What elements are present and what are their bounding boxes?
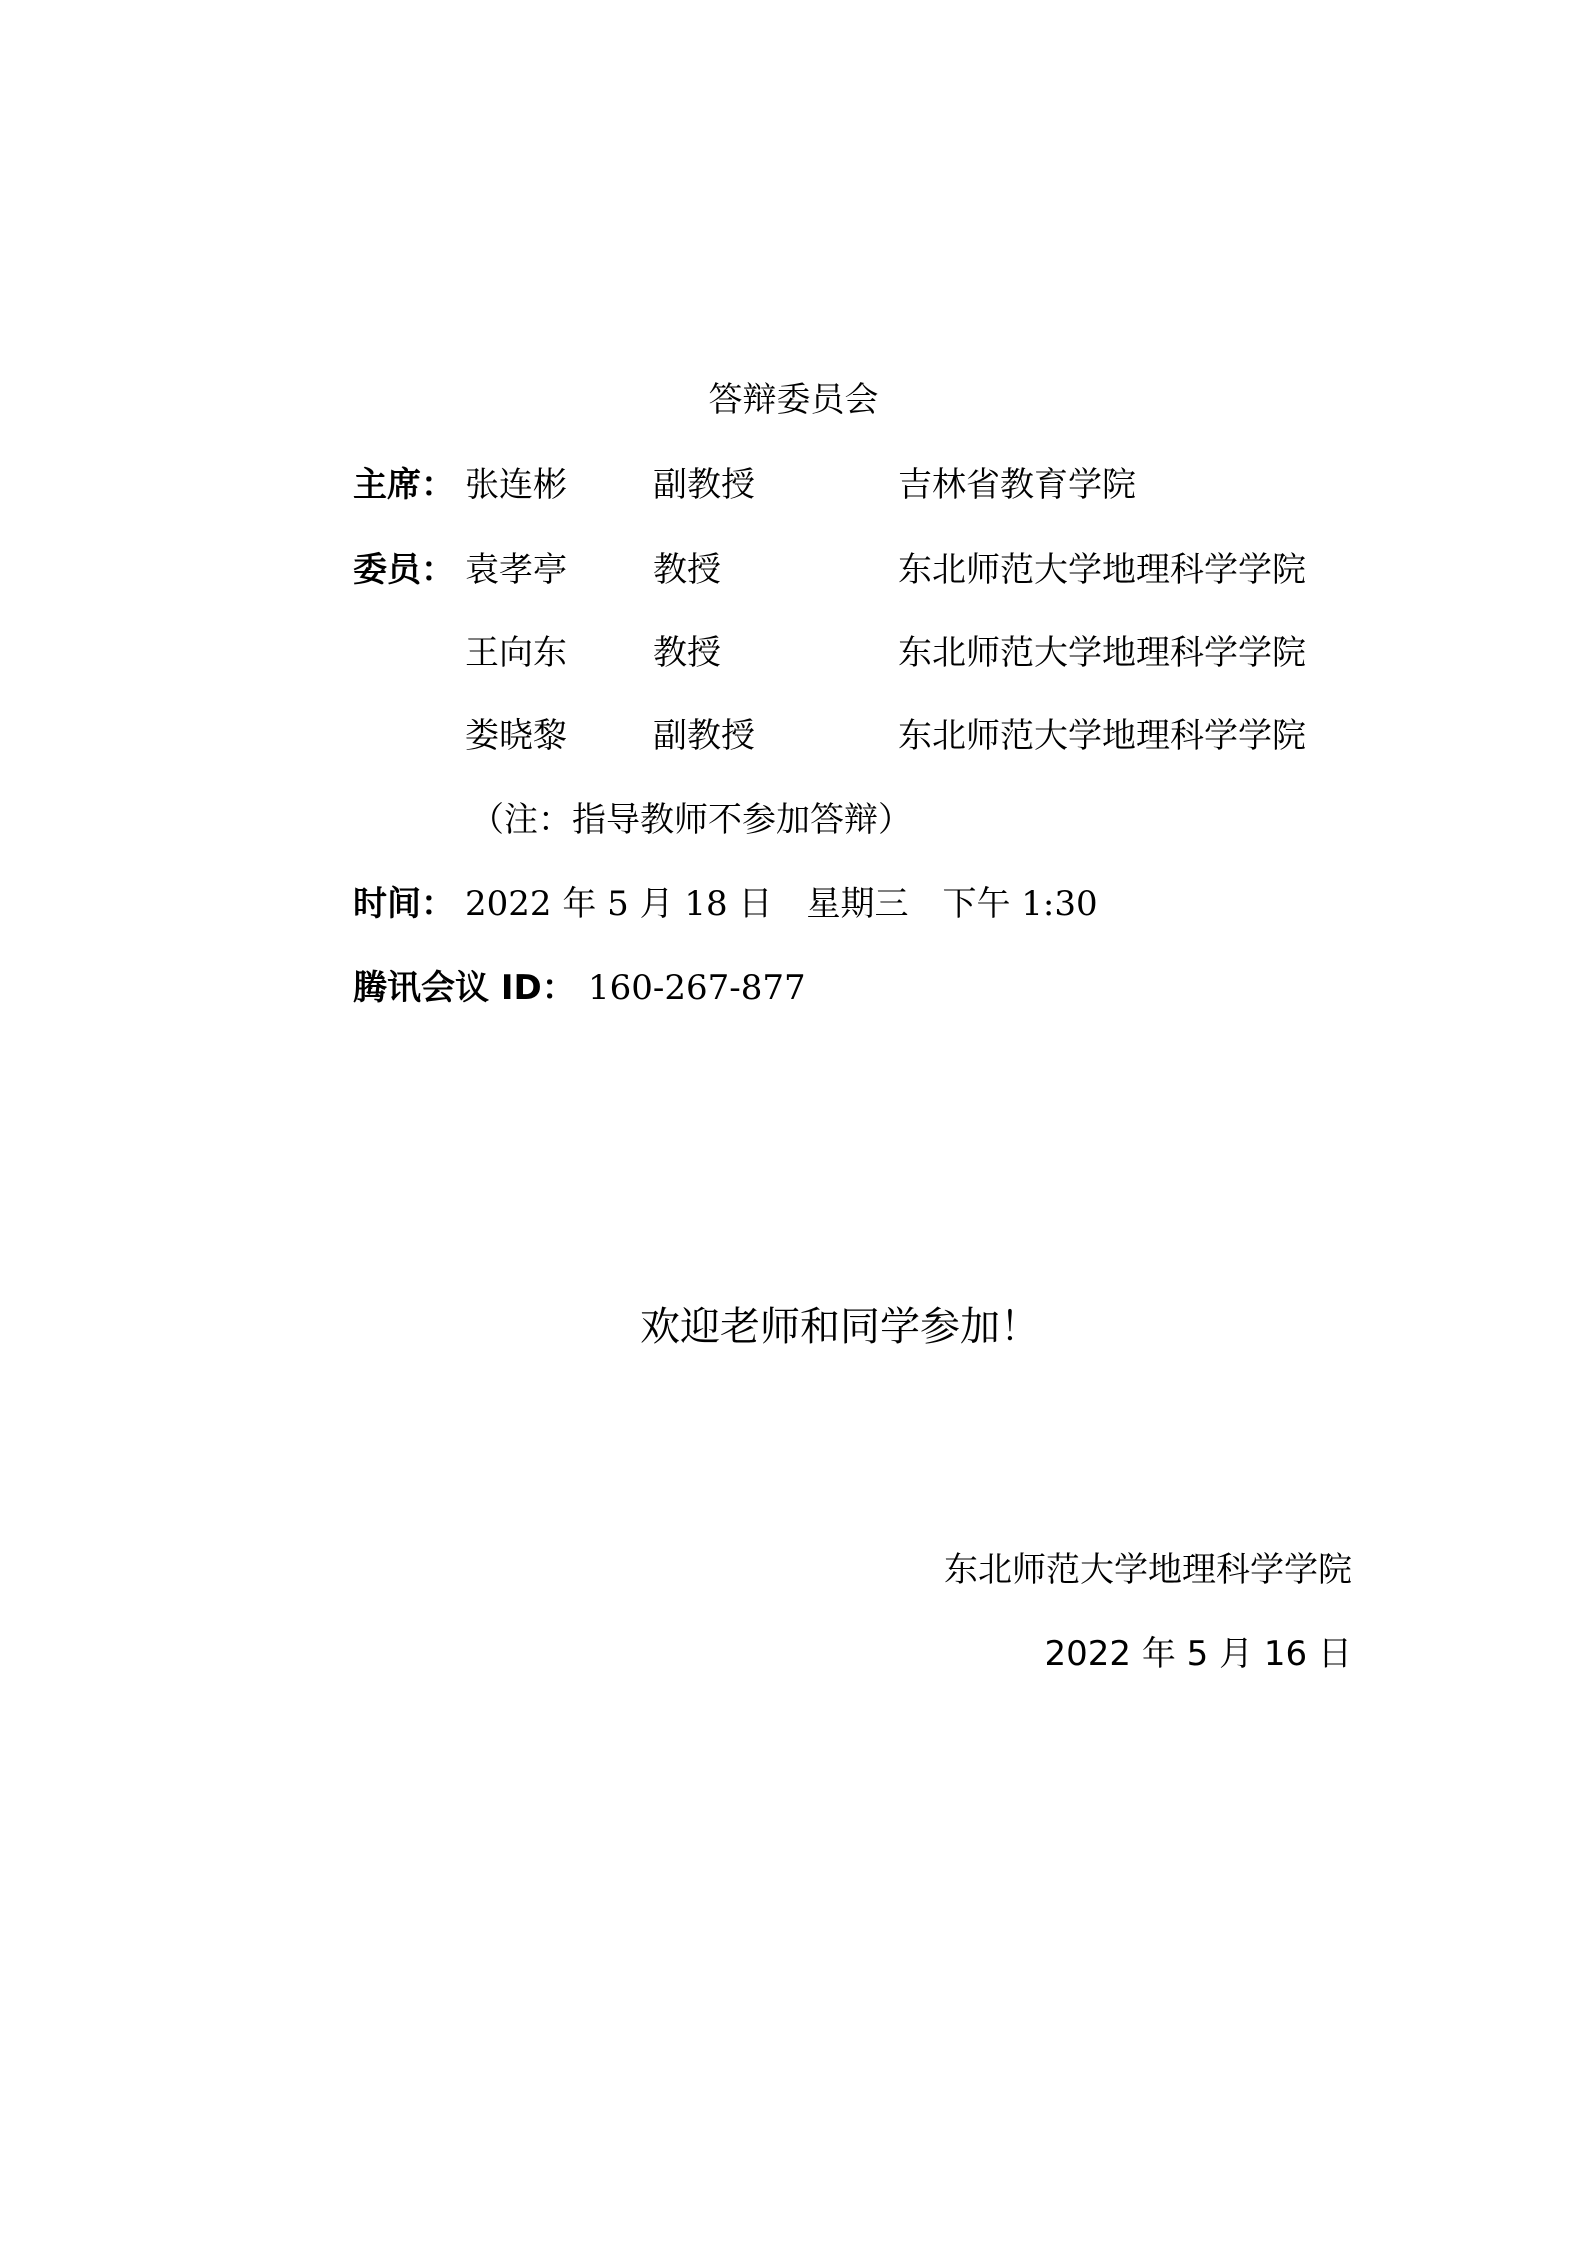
signoff-organization: 东北师范大学地理科学学院 [944,1548,1352,1592]
time-value: 2022 年 5 月 18 日 星期三 下午 1:30 [465,882,1098,926]
member-institution: 东北师范大学地理科学学院 [898,714,1306,758]
time-label: 时间： [353,882,455,926]
member-rank: 教授 [653,548,721,592]
member-rank: 教授 [653,631,721,675]
members-label: 委员： [353,548,455,592]
advisor-note: （注：指导教师不参加答辩） [470,798,912,842]
page-title: 答辩委员会 [0,378,1587,422]
meeting-label: 腾讯会议 ID： [353,966,576,1010]
member-institution: 东北师范大学地理科学学院 [898,548,1306,592]
chair-institution: 吉林省教育学院 [898,463,1136,507]
chair-label: 主席： [353,463,455,507]
member-name: 娄晓黎 [465,714,567,758]
chair-rank: 副教授 [653,463,755,507]
member-name: 王向东 [465,631,567,675]
signoff-date: 2022 年 5 月 16 日 [1045,1632,1352,1676]
welcome-message: 欢迎老师和同学参加！ [640,1302,1040,1352]
meeting-id: 160-267-877 [588,966,806,1010]
member-rank: 副教授 [653,714,755,758]
chair-name: 张连彬 [465,463,567,507]
member-name: 袁孝亭 [465,548,567,592]
member-institution: 东北师范大学地理科学学院 [898,631,1306,675]
